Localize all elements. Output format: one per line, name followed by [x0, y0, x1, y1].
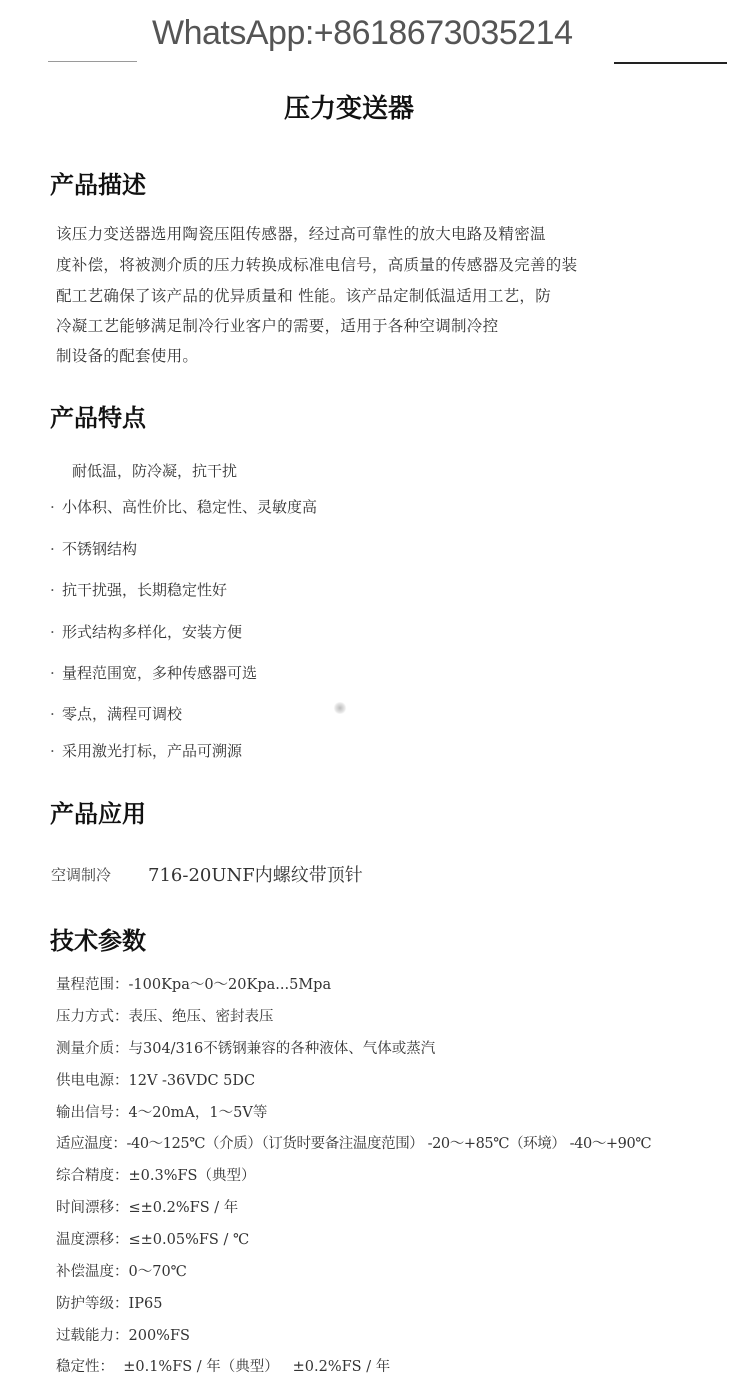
- page-title: 压力变送器: [0, 88, 698, 125]
- description-line: 制设备的配套使用。: [56, 344, 198, 366]
- spec-row: 综合精度：±0.3%FS（典型）: [56, 1164, 255, 1185]
- section-heading-specs: 技术参数: [50, 921, 146, 956]
- spec-row: 稳定性： ±0.1%FS / 年（典型） ±0.2%FS / 年: [56, 1355, 390, 1376]
- section-heading-application: 产品应用: [50, 794, 146, 829]
- section-heading-features: 产品特点: [50, 398, 146, 433]
- spec-row: 压力方式：表压、绝压、密封表压: [56, 1005, 274, 1026]
- spec-row: 适应温度：-40～125℃（介质）（订货时要备注温度范围） -20～+85℃（环…: [56, 1132, 651, 1153]
- bullet-icon: ·: [50, 623, 62, 641]
- feature-text: 小体积、高性价比、稳定性、灵敏度高: [62, 498, 317, 516]
- feature-item: ·抗干扰强，长期稳定性好: [50, 579, 227, 600]
- feature-item: ·量程范围宽，多种传感器可选: [50, 662, 257, 683]
- feature-text: 抗干扰强，长期稳定性好: [62, 581, 227, 599]
- feature-item: ·不锈钢结构: [50, 538, 137, 559]
- feature-item: ·零点，满程可调校: [50, 703, 182, 724]
- spec-row: 测量介质：与304/316不锈钢兼容的各种液体、气体或蒸汽: [56, 1037, 435, 1058]
- image-artifact: [333, 702, 347, 714]
- spec-row: 输出信号：4～20mA，1～5V等: [56, 1101, 267, 1122]
- feature-item: ·形式结构多样化，安装方便: [50, 621, 242, 642]
- description-line: 配工艺确保了该产品的优异质量和 性能。该产品定制低温适用工艺，防: [56, 284, 551, 306]
- spec-row: 供电电源：12V -36VDC 5DC: [56, 1069, 255, 1090]
- description-line: 冷凝工艺能够满足制冷行业客户的需要，适用于各种空调制冷控: [56, 314, 498, 336]
- feature-text: 形式结构多样化，安装方便: [62, 623, 242, 641]
- feature-item: ·采用激光打标，产品可溯源: [50, 740, 242, 761]
- bullet-icon: ·: [50, 705, 62, 723]
- bullet-icon: ·: [50, 742, 62, 760]
- spec-row: 温度漂移：≤±0.05%FS / ℃: [56, 1228, 249, 1249]
- application-category: 空调制冷: [51, 864, 111, 885]
- spec-row: 量程范围：-100Kpa～0～20Kpa...5Mpa: [56, 973, 331, 994]
- application-value: 716-20UNF内螺纹带顶针: [148, 861, 363, 887]
- features-intro: 耐低温，防冷凝，抗干扰: [72, 460, 237, 481]
- spec-row: 时间漂移：≤±0.2%FS / 年: [56, 1196, 238, 1217]
- bullet-icon: ·: [50, 664, 62, 682]
- bullet-icon: ·: [50, 540, 62, 558]
- feature-text: 不锈钢结构: [62, 540, 137, 558]
- feature-text: 采用激光打标，产品可溯源: [62, 742, 242, 760]
- decorative-divider-right: [614, 62, 727, 64]
- feature-text: 量程范围宽，多种传感器可选: [62, 664, 257, 682]
- section-heading-description: 产品描述: [50, 165, 146, 200]
- feature-text: 零点，满程可调校: [62, 705, 182, 723]
- whatsapp-watermark: WhatsApp:+8618673035214: [152, 14, 572, 53]
- bullet-icon: ·: [50, 498, 62, 516]
- bullet-icon: ·: [50, 581, 62, 599]
- spec-row: 防护等级：IP65: [56, 1292, 162, 1313]
- feature-item: ·小体积、高性价比、稳定性、灵敏度高: [50, 496, 317, 517]
- decorative-divider-left: [48, 61, 137, 62]
- description-line: 度补偿，将被测介质的压力转换成标准电信号，高质量的传感器及完善的装: [56, 253, 577, 275]
- spec-row: 过载能力：200%FS: [56, 1324, 190, 1345]
- spec-row: 补偿温度：0～70℃: [56, 1260, 187, 1281]
- description-line: 该压力变送器选用陶瓷压阻传感器，经过高可靠性的放大电路及精密温: [56, 222, 546, 244]
